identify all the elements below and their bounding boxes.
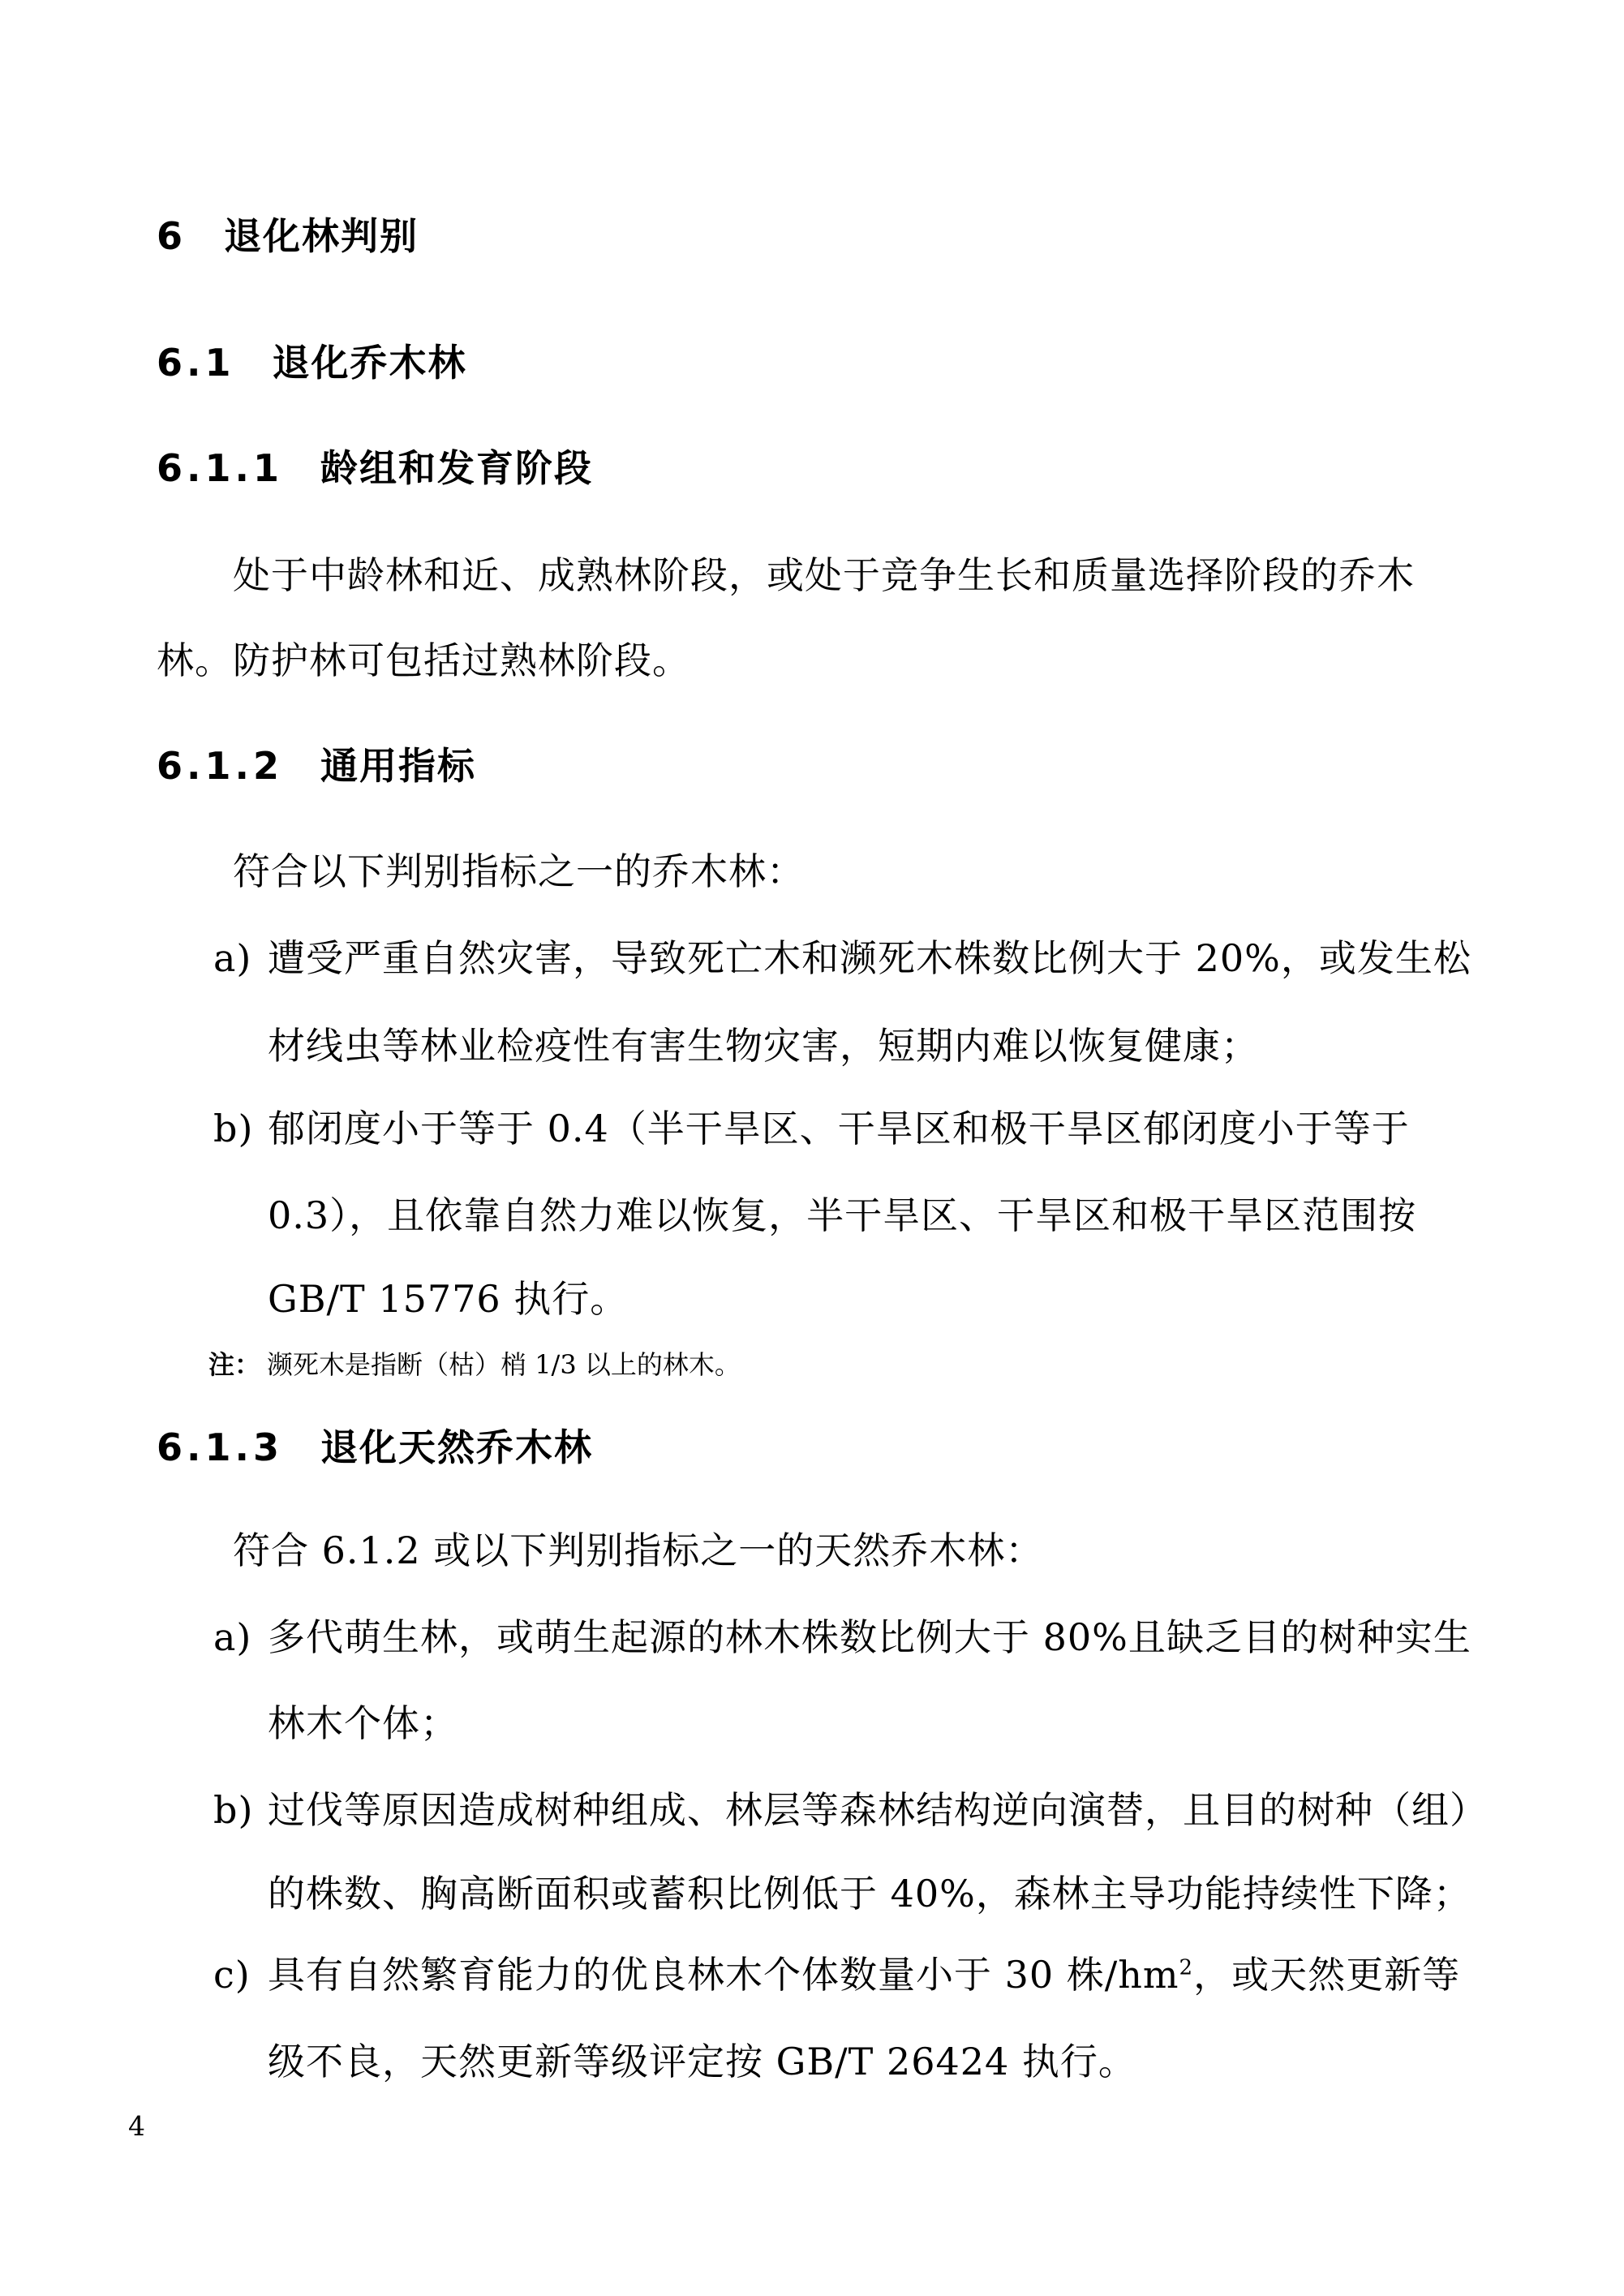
list-item-a-6-1-3-line1: a)多代萌生林，或萌生起源的林木株数比例大于 80%且缺乏目的树种实生 [213,1619,1471,1656]
paragraph-6-1-3-intro: 符合 6.1.2 或以下判别指标之一的天然乔木林： [233,1532,1043,1569]
heading-6-1-1: 6.1.1龄组和发育阶段 [157,449,593,487]
note-label: 注： [208,1349,260,1380]
list-item-b-6-1-3-line1: b)过伐等原因造成树种组成、林层等森林结构逆向演替，且目的树种（组） [213,1791,1488,1829]
list-item-b-6-1-3-text1: 过伐等原因造成树种组成、林层等森林结构逆向演替，且目的树种（组） [268,1788,1488,1832]
paragraph-6-1-1-line2: 林。防护林可包括过熟林阶段。 [157,642,690,679]
list-marker-c: c) [213,1956,268,1993]
heading-6-title: 退化林判别 [224,214,419,258]
heading-6-1-title: 退化乔木林 [273,341,467,385]
list-item-b-6-1-2-line1: b)郁闭度小于等于 0.4（半干旱区、干旱区和极干旱区郁闭度小于等于 [213,1110,1410,1147]
heading-6-1: 6.1退化乔木林 [157,344,467,381]
list-item-c-6-1-3-text1a: 具有自然繁育能力的优良林木个体数量小于 30 株/hm [268,1953,1179,1997]
heading-6-1-2: 6.1.2通用指标 [157,747,476,785]
list-item-a-6-1-2-line2: 材线虫等林业检疫性有害生物灾害，短期内难以恢复健康； [268,1027,1259,1064]
list-item-c-6-1-3-text1b: ，或天然更新等 [1193,1953,1460,1997]
heading-6-number: 6 [157,217,187,255]
list-marker-b: b) [213,1110,268,1147]
document-page: 6退化林判别 6.1退化乔木林 6.1.1龄组和发育阶段 处于中龄林和近、成熟林… [0,0,1624,2296]
heading-6-1-number: 6.1 [157,344,235,381]
list-item-a-6-1-3-text1: 多代萌生林，或萌生起源的林木株数比例大于 80%且缺乏目的树种实生 [268,1615,1471,1659]
heading-6: 6退化林判别 [157,217,419,255]
list-item-b-6-1-2-line2: 0.3），且依靠自然力难以恢复，半干旱区、干旱区和极干旱区范围按 [268,1197,1416,1234]
paragraph-6-1-1-line1: 处于中龄林和近、成熟林阶段，或处于竞争生长和质量选择阶段的乔木 [233,557,1415,594]
list-item-b-6-1-3-line2: 的株数、胸高断面积或蓄积比例低于 40%，森林主导功能持续性下降； [268,1875,1471,1912]
list-item-c-6-1-3-line2: 级不良，天然更新等级评定按 GB/T 26424 执行。 [268,2043,1136,2080]
note-6-1-2: 注：濒死木是指断（枯）梢 1/3 以上的林木。 [208,1352,741,1378]
page-number: 4 [128,2113,145,2139]
list-item-a-6-1-2-text1: 遭受严重自然灾害，导致死亡木和濒死木株数比例大于 20%，或发生松 [268,936,1471,980]
heading-6-1-3-number: 6.1.3 [157,1429,283,1466]
list-item-c-6-1-3-line1: c)具有自然繁育能力的优良林木个体数量小于 30 株/hm2，或天然更新等 [213,1956,1460,1993]
note-text: 濒死木是指断（枯）梢 1/3 以上的林木。 [267,1349,741,1380]
heading-6-1-2-number: 6.1.2 [157,747,283,785]
list-marker-a: a) [213,1619,268,1656]
heading-6-1-1-number: 6.1.1 [157,449,283,487]
heading-6-1-3: 6.1.3退化天然乔木林 [157,1429,593,1466]
list-item-b-6-1-2-text1: 郁闭度小于等于 0.4（半干旱区、干旱区和极干旱区郁闭度小于等于 [268,1107,1410,1150]
heading-6-1-1-title: 龄组和发育阶段 [320,446,593,490]
list-marker-a: a) [213,939,268,977]
heading-6-1-2-title: 通用指标 [320,744,476,788]
list-item-a-6-1-3-line2: 林木个体； [268,1705,458,1742]
list-marker-b: b) [213,1791,268,1829]
heading-6-1-3-title: 退化天然乔木林 [320,1425,593,1469]
list-item-b-6-1-2-line3: GB/T 15776 执行。 [268,1280,628,1318]
list-item-a-6-1-2-line1: a)遭受严重自然灾害，导致死亡木和濒死木株数比例大于 20%，或发生松 [213,939,1471,977]
superscript-2: 2 [1179,1956,1194,1980]
paragraph-6-1-2-intro: 符合以下判别指标之一的乔木林： [233,853,805,890]
